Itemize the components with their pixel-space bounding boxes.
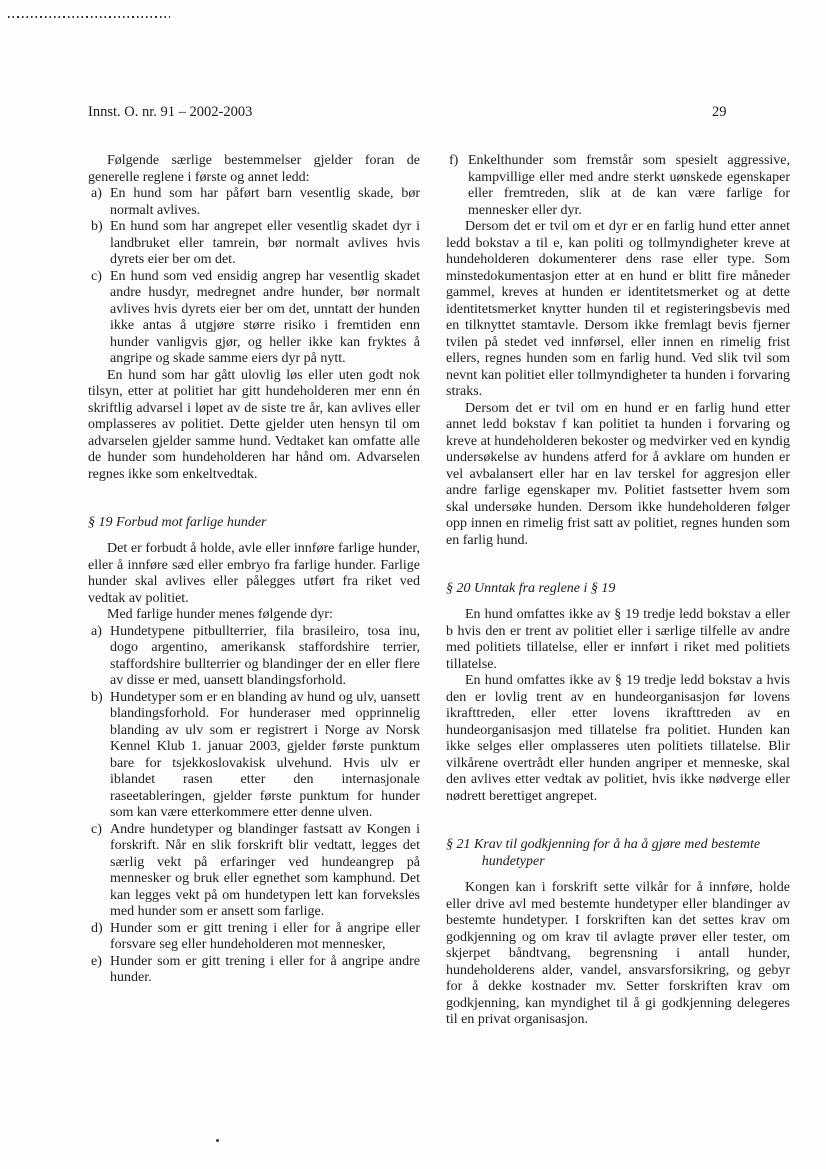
running-title: Innst. O. nr. 91 – 2002-2003 xyxy=(88,104,252,121)
document-page: Innst. O. nr. 91 – 2002-2003 29 Følgende… xyxy=(0,0,826,1169)
list-marker: d) xyxy=(91,921,103,938)
page-number: 29 xyxy=(712,104,727,121)
list-item-19a: a) Hundetypene pitbullterrier, fila bras… xyxy=(88,624,420,690)
list-item-19e: e) Hunder som er gitt trening i eller fo… xyxy=(88,954,420,987)
list-marker: c) xyxy=(91,822,102,839)
list-item-19f: f) Enkelthunder som fremstår som spesiel… xyxy=(446,153,790,219)
section-heading-20: § 20 Unntak fra reglene i § 19 xyxy=(446,580,790,597)
paragraph-19-1: Det er forbudt å holde, avle eller innfø… xyxy=(88,541,420,607)
list-item-text: Andre hundetyper og blandinger fastsatt … xyxy=(110,822,420,920)
section-heading-21: § 21 Krav til godkjenning for å ha å gjø… xyxy=(446,836,790,870)
list-item-text: Enkelthunder som fremstår som spesielt a… xyxy=(468,153,790,218)
list-item-text: En hund som har påført barn vesentlig sk… xyxy=(110,186,420,218)
list-marker: a) xyxy=(91,624,102,641)
paragraph-doubt-behaviour: Dersom det er tvil om en hund er en farl… xyxy=(446,401,790,550)
list-item-text: Hunder som er gitt trening i eller for å… xyxy=(110,921,420,953)
list-marker: c) xyxy=(91,269,102,286)
list-marker: b) xyxy=(91,219,103,236)
paragraph-21-1: Kongen kan i forskrift sette vilkår for … xyxy=(446,880,790,1029)
list-item-b: b) En hund som har angrepet eller vesent… xyxy=(88,219,420,269)
list-item-text: En hund som ved ensidig angrep har vesen… xyxy=(110,269,420,367)
scan-artifact-dotted-line xyxy=(8,16,170,18)
paragraph-20-2: En hund omfattes ikke av § 19 tredje led… xyxy=(446,673,790,805)
list-item-a: a) En hund som har påført barn vesentlig… xyxy=(88,186,420,219)
right-column: f) Enkelthunder som fremstår som spesiel… xyxy=(446,153,790,1029)
paragraph-special-rules-intro: Følgende særlige bestemmelser gjelder fo… xyxy=(88,153,420,186)
list-item-19d: d) Hunder som er gitt trening i eller fo… xyxy=(88,921,420,954)
two-column-body: Følgende særlige bestemmelser gjelder fo… xyxy=(88,153,790,1029)
paragraph-19-2: Med farlige hunder menes følgende dyr: xyxy=(88,607,420,624)
list-item-text: Hunder som er gitt trening i eller for å… xyxy=(110,954,420,986)
list-item-text: Hundetyper som er en blanding av hund og… xyxy=(110,690,420,821)
paragraph-loose-dog: En hund som har gått ulovlig løs eller u… xyxy=(88,368,420,484)
list-item-19c: c) Andre hundetyper og blandinger fastsa… xyxy=(88,822,420,921)
left-column: Følgende særlige bestemmelser gjelder fo… xyxy=(88,153,420,1029)
list-item-text: En hund som har angrepet eller vesentlig… xyxy=(110,219,420,267)
list-marker: a) xyxy=(91,186,102,203)
section-heading-19: § 19 Forbud mot farlige hunder xyxy=(88,514,420,531)
list-marker: f) xyxy=(449,153,458,170)
list-item-c: c) En hund som ved ensidig angrep har ve… xyxy=(88,269,420,368)
paragraph-20-1: En hund omfattes ikke av § 19 tredje led… xyxy=(446,607,790,673)
list-item-19b: b) Hundetyper som er en blanding av hund… xyxy=(88,690,420,822)
list-item-text: Hundetypene pitbullterrier, fila brasile… xyxy=(110,624,420,689)
scan-artifact-dot xyxy=(216,1139,219,1142)
list-marker: e) xyxy=(91,954,102,971)
list-marker: b) xyxy=(91,690,103,707)
paragraph-doubt-breed: Dersom det er tvil om et dyr er en farli… xyxy=(446,219,790,401)
